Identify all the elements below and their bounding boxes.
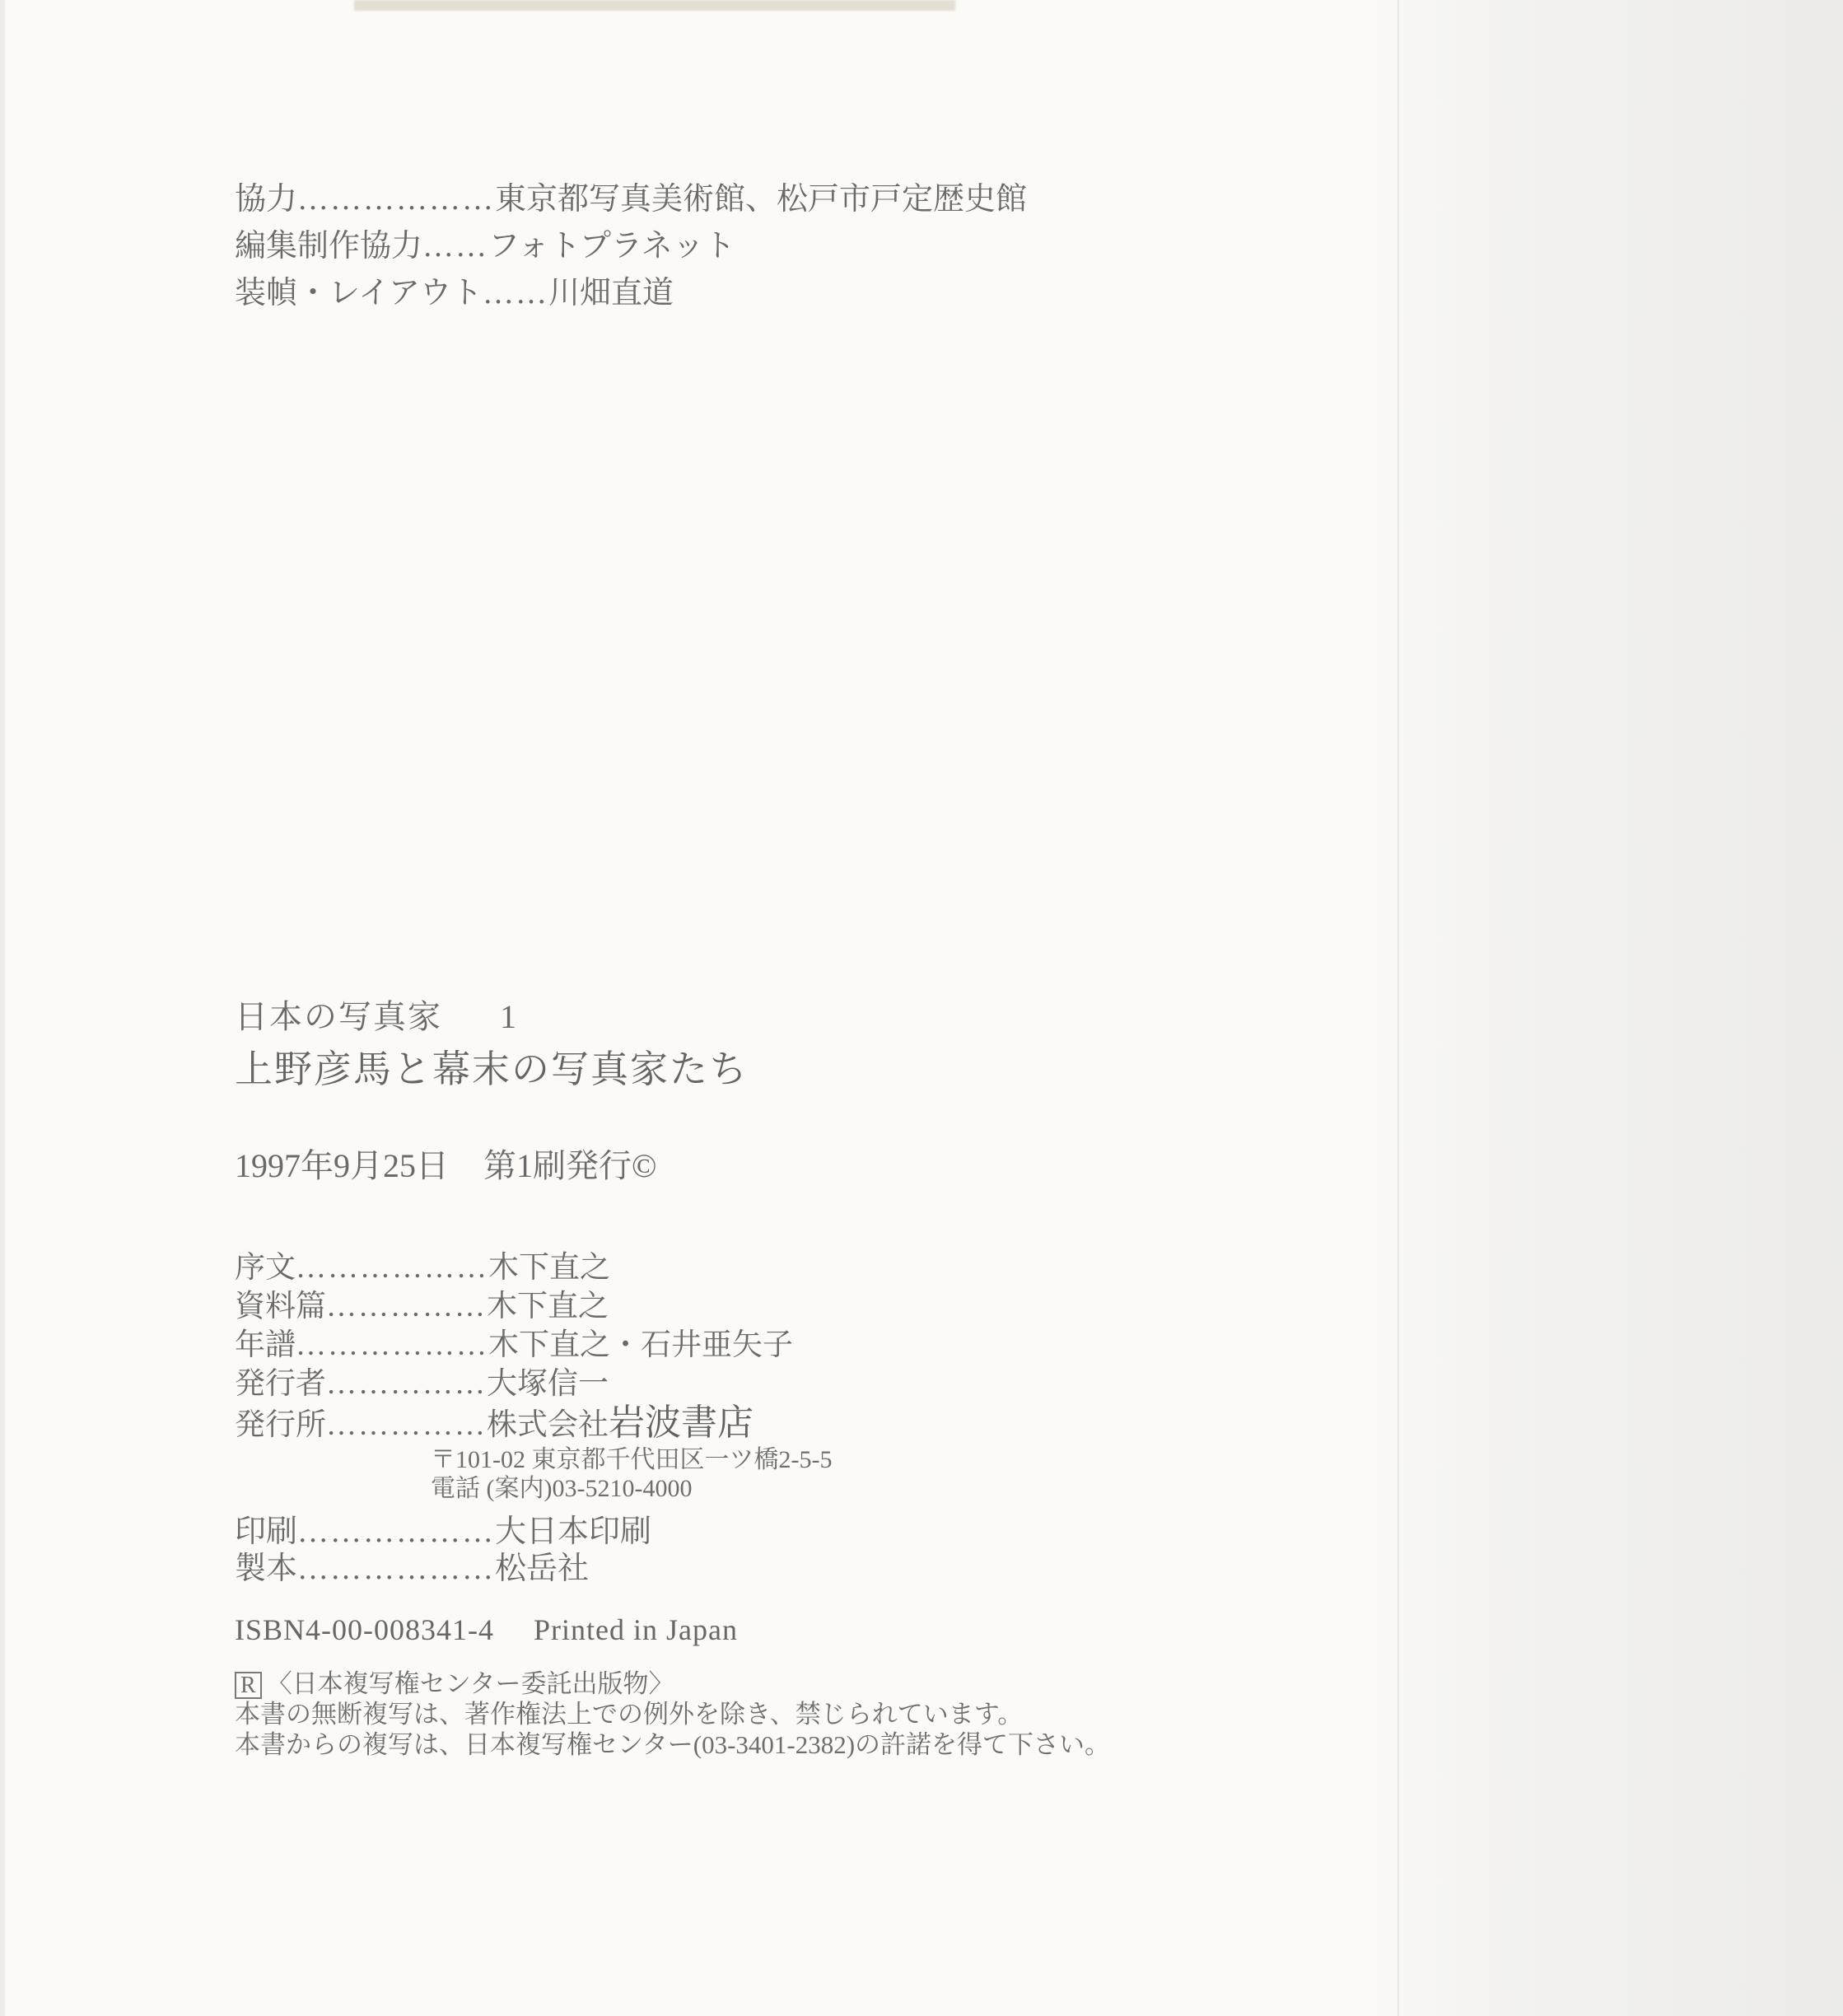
credit-value: 木下直之・石井亜矢子 <box>488 1326 793 1365</box>
scan-edge-artifact-top <box>354 0 955 11</box>
publisher-company-type: 株式会社 <box>487 1406 609 1444</box>
dot-leader: …………… <box>326 1365 487 1403</box>
book-title: 上野彦馬と幕末の写真家たち <box>235 1039 749 1094</box>
copyright-notice: R〈日本複写権センター委託出版物〉 本書の無断複写は、著作権法上での例外を除き、… <box>235 1668 1110 1760</box>
page-edge-line <box>1397 0 1399 2016</box>
publication-date: 1997年9月25日 <box>235 1147 449 1184</box>
printing-statement: 第1刷発行 <box>483 1147 632 1184</box>
credit-label: 発行者 <box>235 1365 326 1403</box>
credit-label: 資料篇 <box>235 1287 326 1326</box>
series-title-line: 日本の写真家1 <box>235 991 518 1038</box>
credit-value: フォトプラネット <box>488 223 735 270</box>
series-title: 日本の写真家 <box>235 998 442 1035</box>
credit-label: 年譜 <box>235 1326 296 1365</box>
credit-value: 木下直之 <box>488 1248 610 1287</box>
credit-label: 印刷 <box>235 1514 297 1551</box>
credit-row: 製本……………… 松岳社 <box>235 1551 651 1588</box>
credit-row: 序文……………… 木下直之 <box>235 1248 793 1287</box>
notice-line-3: 本書からの複写は、日本複写権センター(03-3401-2382)の許諾を得て下さ… <box>235 1729 1110 1760</box>
credit-row-publisher: 発行所…………… 株式会社 岩波書店 <box>235 1403 793 1442</box>
isbn-number: ISBN4-00-008341-4 <box>235 1613 494 1646</box>
dot-leader: …… <box>483 270 548 317</box>
credit-row: 編集制作協力…… フォトプラネット <box>235 223 1027 270</box>
credit-label: 発行所 <box>235 1406 326 1444</box>
credit-row: 年譜……………… 木下直之・石井亜矢子 <box>235 1326 793 1365</box>
copyright-symbol: © <box>632 1147 656 1184</box>
notice-line-1: R〈日本複写権センター委託出版物〉 <box>235 1668 1110 1699</box>
credit-value: 松岳社 <box>495 1551 589 1588</box>
notice-line-2: 本書の無断複写は、著作権法上での例外を除き、禁じられています。 <box>235 1699 1110 1729</box>
page-gutter-shading <box>1357 0 1843 2016</box>
credit-value: 川畑直道 <box>548 270 674 317</box>
dot-leader: …………… <box>326 1406 487 1444</box>
registered-copy-rights-mark: R <box>235 1672 262 1699</box>
dot-leader: ……………… <box>297 1551 495 1588</box>
publisher-postal-address: 〒101-02 東京都千代田区一ツ橋2-5-5 <box>431 1445 832 1474</box>
publication-credits: 序文……………… 木下直之 資料篇…………… 木下直之 年譜……………… 木下直… <box>235 1248 793 1442</box>
credit-row: 印刷……………… 大日本印刷 <box>235 1514 651 1551</box>
dot-leader: ……………… <box>297 176 495 223</box>
series-number: 1 <box>500 998 518 1035</box>
publisher-name: 岩波書店 <box>609 1403 754 1442</box>
dot-leader: …………… <box>326 1287 487 1326</box>
credit-label: 編集制作協力 <box>235 223 422 270</box>
cooperation-credits: 協力……………… 東京都写真美術館、松戸市戸定歴史館 編集制作協力…… フォトプ… <box>235 176 1027 317</box>
credit-value: 大塚信一 <box>487 1365 609 1403</box>
credit-row: 装幀・レイアウト…… 川畑直道 <box>235 270 1027 317</box>
publisher-address: 〒101-02 東京都千代田区一ツ橋2-5-5 電話 (案内)03-5210-4… <box>431 1445 832 1503</box>
credit-label: 製本 <box>235 1551 297 1588</box>
credit-value: 木下直之 <box>487 1287 609 1326</box>
scan-edge-artifact-left <box>0 0 5 2016</box>
isbn-line: ISBN4-00-008341-4Printed in Japan <box>235 1612 738 1647</box>
credit-row: 資料篇…………… 木下直之 <box>235 1287 793 1326</box>
production-credits: 印刷……………… 大日本印刷 製本……………… 松岳社 <box>235 1514 651 1588</box>
credit-label: 序文 <box>235 1248 296 1287</box>
credit-value: 東京都写真美術館、松戸市戸定歴史館 <box>495 176 1027 223</box>
credit-label: 協力 <box>235 176 297 223</box>
printed-in-japan: Printed in Japan <box>534 1613 738 1646</box>
credit-row: 発行者…………… 大塚信一 <box>235 1365 793 1403</box>
credit-label: 装幀・レイアウト <box>235 270 483 317</box>
dot-leader: ……………… <box>296 1248 488 1287</box>
notice-line-1-text: 〈日本複写権センター委託出版物〉 <box>267 1669 674 1698</box>
edition-line: 1997年9月25日第1刷発行© <box>235 1140 656 1187</box>
dot-leader: ……………… <box>297 1514 495 1551</box>
credit-value: 大日本印刷 <box>495 1514 651 1551</box>
colophon-page: 協力……………… 東京都写真美術館、松戸市戸定歴史館 編集制作協力…… フォトプ… <box>0 0 1843 2016</box>
dot-leader: …… <box>422 223 488 270</box>
dot-leader: ……………… <box>296 1326 488 1365</box>
credit-row: 協力……………… 東京都写真美術館、松戸市戸定歴史館 <box>235 176 1027 223</box>
publisher-phone: 電話 (案内)03-5210-4000 <box>431 1474 832 1503</box>
